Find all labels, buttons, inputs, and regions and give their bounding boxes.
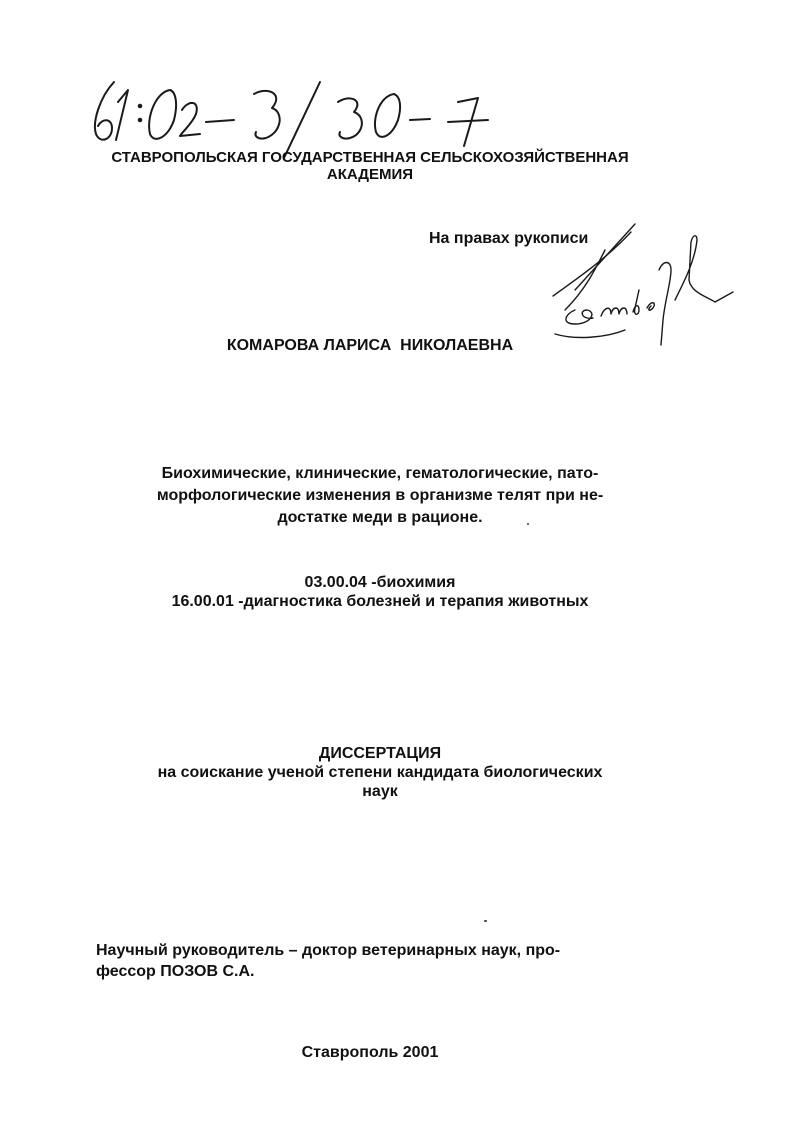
scan-speck: [527, 523, 529, 525]
dissertation-heading: ДИССЕРТАЦИЯ: [90, 744, 670, 763]
specialty-biochemistry: 03.00.04 -биохимия: [100, 573, 660, 592]
dissertation-title: Биохимические, клинические, гематологиче…: [100, 463, 660, 529]
institution-name: СТАВРОПОЛЬСКАЯ ГОСУДАРСТВЕННАЯ СЕЛЬСКОХО…: [90, 149, 650, 183]
institution-line-1: СТАВРОПОЛЬСКАЯ ГОСУДАРСТВЕННАЯ СЕЛЬСКОХО…: [90, 149, 650, 166]
title-line-2: морфологические изменения в организме те…: [100, 485, 660, 507]
institution-line-2: АКАДЕМИЯ: [90, 166, 650, 183]
degree-line-2: наук: [90, 782, 670, 801]
dissertation-block: ДИССЕРТАЦИЯ на соискание ученой степени …: [90, 744, 670, 801]
author-name: КОМАРОВА ЛАРИСА НИКОЛАЕВНА: [150, 337, 590, 355]
supervisor-line-1: Научный руководитель – доктор ветеринарн…: [96, 940, 656, 961]
title-line-1: Биохимические, клинические, гематологиче…: [100, 463, 660, 485]
city-and-year: Ставрополь 2001: [270, 1044, 470, 1062]
supervisor-line-2: фессор ПОЗОВ С.А.: [96, 961, 656, 982]
specialty-codes: 03.00.04 -биохимия 16.00.01 -диагностика…: [100, 573, 660, 611]
scan-speck: [484, 920, 487, 922]
degree-line-1: на соискание ученой степени кандидата би…: [90, 763, 670, 782]
scientific-supervisor: Научный руководитель – доктор ветеринарн…: [96, 940, 656, 982]
title-line-3: достатке меди в рационе.: [100, 507, 660, 529]
author-signature: [535, 220, 755, 350]
specialty-veterinary: 16.00.01 -диагностика болезней и терапия…: [100, 592, 660, 611]
